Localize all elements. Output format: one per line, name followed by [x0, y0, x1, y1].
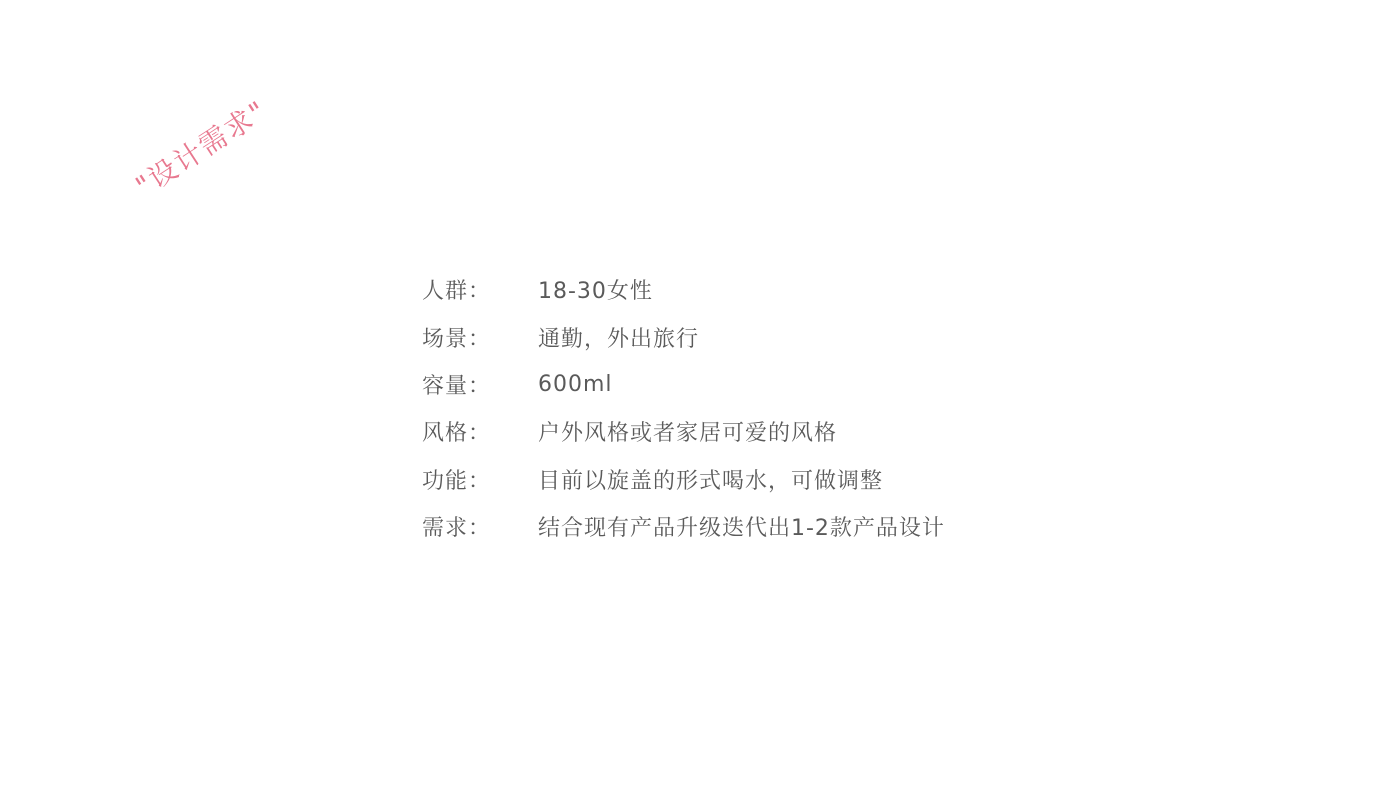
spec-value: 600ml	[538, 372, 613, 397]
spec-label: 功能：	[422, 464, 538, 495]
spec-value: 户外风格或者家居可爱的风格	[538, 416, 837, 447]
spec-label: 容量：	[422, 369, 538, 400]
spec-row-requirement: 需求： 结合现有产品升级迭代出1-2款产品设计	[422, 503, 945, 550]
spec-label: 需求：	[422, 511, 538, 542]
spec-value: 结合现有产品升级迭代出1-2款产品设计	[538, 511, 945, 542]
spec-value: 通勤，外出旅行	[538, 322, 699, 353]
spec-value: 18-30女性	[538, 274, 653, 305]
spec-row-scenario: 场景： 通勤，外出旅行	[422, 313, 945, 360]
spec-row-style: 风格： 户外风格或者家居可爱的风格	[422, 408, 945, 455]
spec-row-capacity: 容量： 600ml	[422, 361, 945, 408]
spec-label: 风格：	[422, 416, 538, 447]
spec-row-function: 功能： 目前以旋盖的形式喝水，可做调整	[422, 456, 945, 503]
spec-label: 场景：	[422, 322, 538, 353]
design-requirements-heading: "设计需求"	[127, 90, 274, 205]
spec-row-audience: 人群： 18-30女性	[422, 266, 945, 313]
spec-label: 人群：	[422, 274, 538, 305]
spec-list: 人群： 18-30女性 场景： 通勤，外出旅行 容量： 600ml 风格： 户外…	[422, 266, 945, 550]
spec-value: 目前以旋盖的形式喝水，可做调整	[538, 464, 883, 495]
